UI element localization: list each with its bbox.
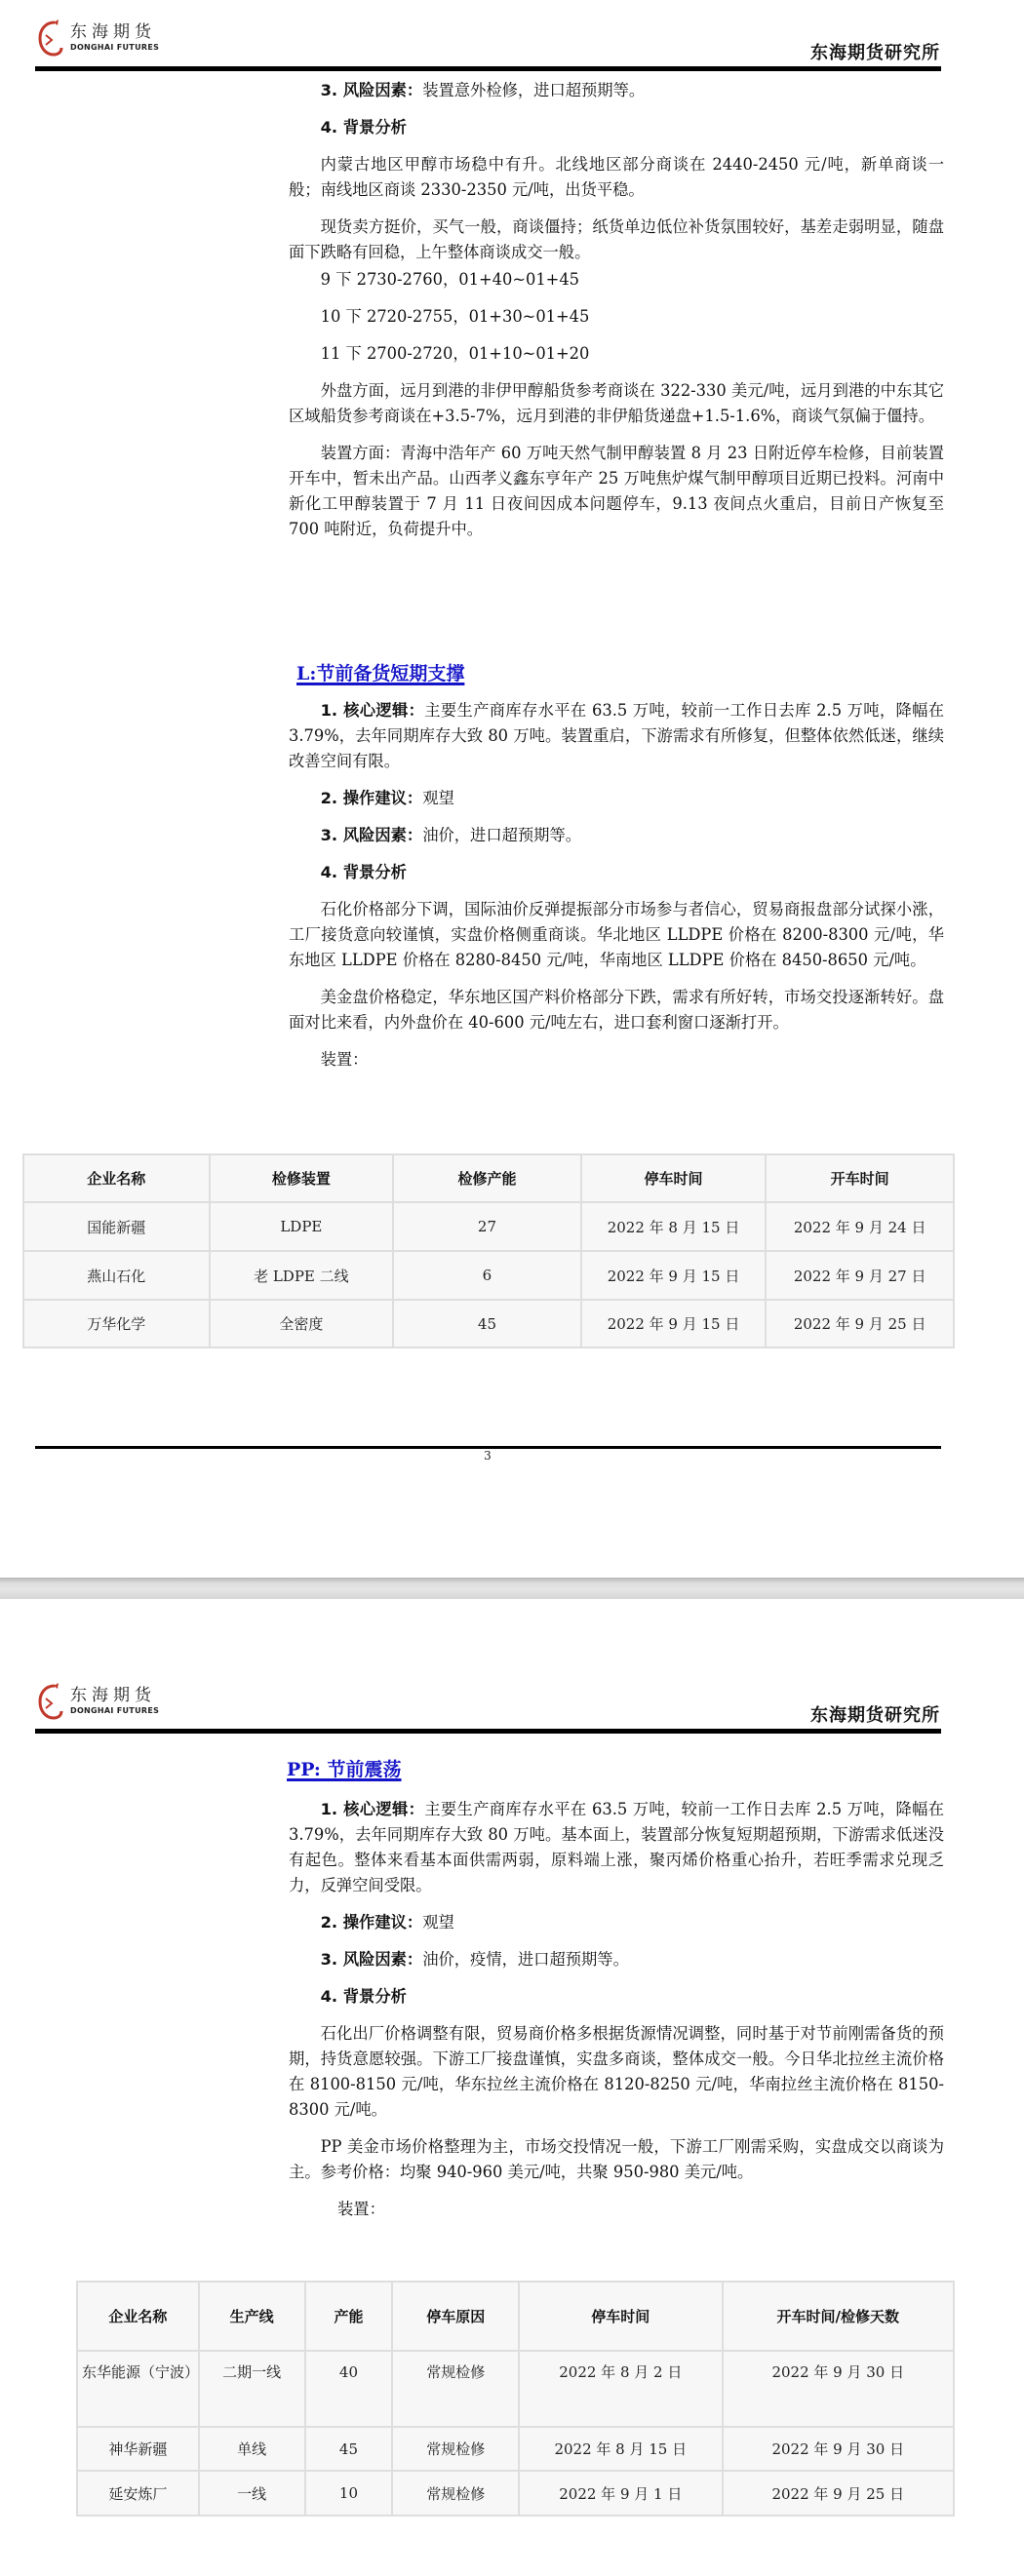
- column-header: 开车时间: [766, 1154, 954, 1202]
- operation-advice: 2. 操作建议：观望: [289, 786, 944, 811]
- paragraph: 装置方面：青海中浩年产 60 万吨天然气制甲醇装置 8 月 23 日附近停车检修…: [289, 441, 944, 542]
- logo-en-text: DONGHAI FUTURES: [70, 44, 159, 52]
- operation-advice: 2. 操作建议：观望: [289, 1910, 944, 1935]
- column-header: 企业名称: [23, 1154, 210, 1202]
- column-header: 产能: [305, 2282, 393, 2351]
- column-header: 停车原因: [392, 2282, 519, 2351]
- table-row: 神华新疆 单线 45 常规检修 2022 年 8 月 15 日 2022 年 9…: [77, 2427, 954, 2471]
- table-header-row: 企业名称 生产线 产能 停车原因 停车时间 开车时间/检修天数: [77, 2282, 954, 2351]
- paragraph: 外盘方面，远月到港的非伊甲醇船货参考商谈在 322-330 美元/吨，远月到港的…: [289, 378, 944, 429]
- org-name: 东海期货研究所: [810, 39, 940, 64]
- paragraph: 现货卖方挺价，买气一般，商谈僵持；纸货单边低位补货氛围较好，基差走弱明显，随盘面…: [289, 215, 944, 265]
- PP-maintenance-table: 企业名称 生产线 产能 停车原因 停车时间 开车时间/检修天数 东华能源（宁波）…: [76, 2281, 955, 2517]
- company-logo: 东海期货 DONGHAI FUTURES: [37, 1679, 193, 1724]
- table-row: 燕山石化 老 LDPE 二线 6 2022 年 9 月 15 日 2022 年 …: [23, 1251, 954, 1300]
- paragraph: 石化价格部分下调，国际油价反弹提振部分市场参与者信心，贸易商报盘部分试探小涨，工…: [289, 897, 944, 973]
- risk-factors: 3. 风险因素：油价，进口超预期等。: [289, 823, 944, 848]
- column-header: 企业名称: [77, 2282, 199, 2351]
- logo-en-text: DONGHAI FUTURES: [70, 1707, 159, 1715]
- table-row: 延安炼厂 一线 10 常规检修 2022 年 9 月 1 日 2022 年 9 …: [77, 2471, 954, 2516]
- quote-line: 11 下 2700-2720，01+10~01+20: [289, 341, 944, 367]
- methanol-section-tail: 3. 风险因素：装置意外检修，进口超预期等。 4. 背景分析 内蒙古地区甲醇市场…: [289, 78, 944, 542]
- company-logo: 东海期货 DONGHAI FUTURES: [37, 16, 193, 60]
- L-section: 1. 核心逻辑：主要生产商库存水平在 63.5 万吨，较前一工作日去库 2.5 …: [289, 698, 944, 1073]
- risk-factors: 3. 风险因素：装置意外检修，进口超预期等。: [289, 78, 944, 103]
- logo-cn-text: 东海期货: [70, 24, 159, 41]
- org-name: 东海期货研究所: [810, 1701, 940, 1727]
- core-logic: 1. 核心逻辑：主要生产商库存水平在 63.5 万吨，较前一工作日去库 2.5 …: [289, 1797, 944, 1898]
- risk-factors: 3. 风险因素：油价，疫情，进口超预期等。: [289, 1947, 944, 1972]
- table-row: 万华化学 全密度 45 2022 年 9 月 15 日 2022 年 9 月 2…: [23, 1300, 954, 1347]
- table-row: 国能新疆 LDPE 27 2022 年 8 月 15 日 2022 年 9 月 …: [23, 1202, 954, 1251]
- column-header: 生产线: [199, 2282, 305, 2351]
- paragraph: 内蒙古地区甲醇市场稳中有升。北线地区部分商谈在 2440-2450 元/吨，新单…: [289, 152, 944, 203]
- column-header: 检修产能: [393, 1154, 581, 1202]
- section-title-PP[interactable]: PP: 节前震荡: [287, 1755, 402, 1781]
- paragraph: 石化出厂价格调整有限，贸易商价格多根据货源情况调整，同时基于对节前刚需备货的预期…: [289, 2021, 944, 2123]
- background-heading: 4. 背景分析: [289, 860, 944, 885]
- page-number: 3: [0, 1449, 975, 1463]
- column-header: 检修装置: [210, 1154, 394, 1202]
- background-heading: 4. 背景分析: [289, 1984, 944, 2010]
- quote-line: 9 下 2730-2760，01+40~01+45: [289, 267, 944, 293]
- device-label: 装置：: [289, 2197, 944, 2222]
- PP-section: 1. 核心逻辑：主要生产商库存水平在 63.5 万吨，较前一工作日去库 2.5 …: [289, 1797, 944, 2222]
- dragon-logo-icon: [37, 1682, 64, 1721]
- header-rule: [35, 66, 941, 71]
- core-logic: 1. 核心逻辑：主要生产商库存水平在 63.5 万吨，较前一工作日去库 2.5 …: [289, 698, 944, 774]
- table-row: 东华能源（宁波） 二期一线 40 常规检修 2022 年 8 月 2 日 202…: [77, 2351, 954, 2427]
- paragraph: 美金盘价格稳定，华东地区国产料价格部分下跌，需求有所好转，市场交投逐渐转好。盘面…: [289, 985, 944, 1035]
- table-header-row: 企业名称 检修装置 检修产能 停车时间 开车时间: [23, 1154, 954, 1202]
- page-separator: [0, 1578, 1024, 1599]
- header-rule: [35, 1729, 941, 1734]
- L-maintenance-table: 企业名称 检修装置 检修产能 停车时间 开车时间 国能新疆 LDPE 27 20…: [22, 1153, 955, 1348]
- quote-line: 10 下 2720-2755，01+30~01+45: [289, 304, 944, 330]
- column-header: 开车时间/检修天数: [723, 2282, 954, 2351]
- column-header: 停车时间: [519, 2282, 723, 2351]
- background-heading: 4. 背景分析: [289, 115, 944, 140]
- section-title-L[interactable]: L:节前备货短期支撑: [296, 659, 464, 685]
- column-header: 停车时间: [581, 1154, 767, 1202]
- logo-cn-text: 东海期货: [70, 1688, 159, 1704]
- dragon-logo-icon: [37, 19, 64, 58]
- device-label: 装置：: [289, 1047, 944, 1073]
- paragraph: PP 美金市场价格整理为主，市场交投情况一般，下游工厂刚需采购，实盘成交以商谈为…: [289, 2134, 944, 2185]
